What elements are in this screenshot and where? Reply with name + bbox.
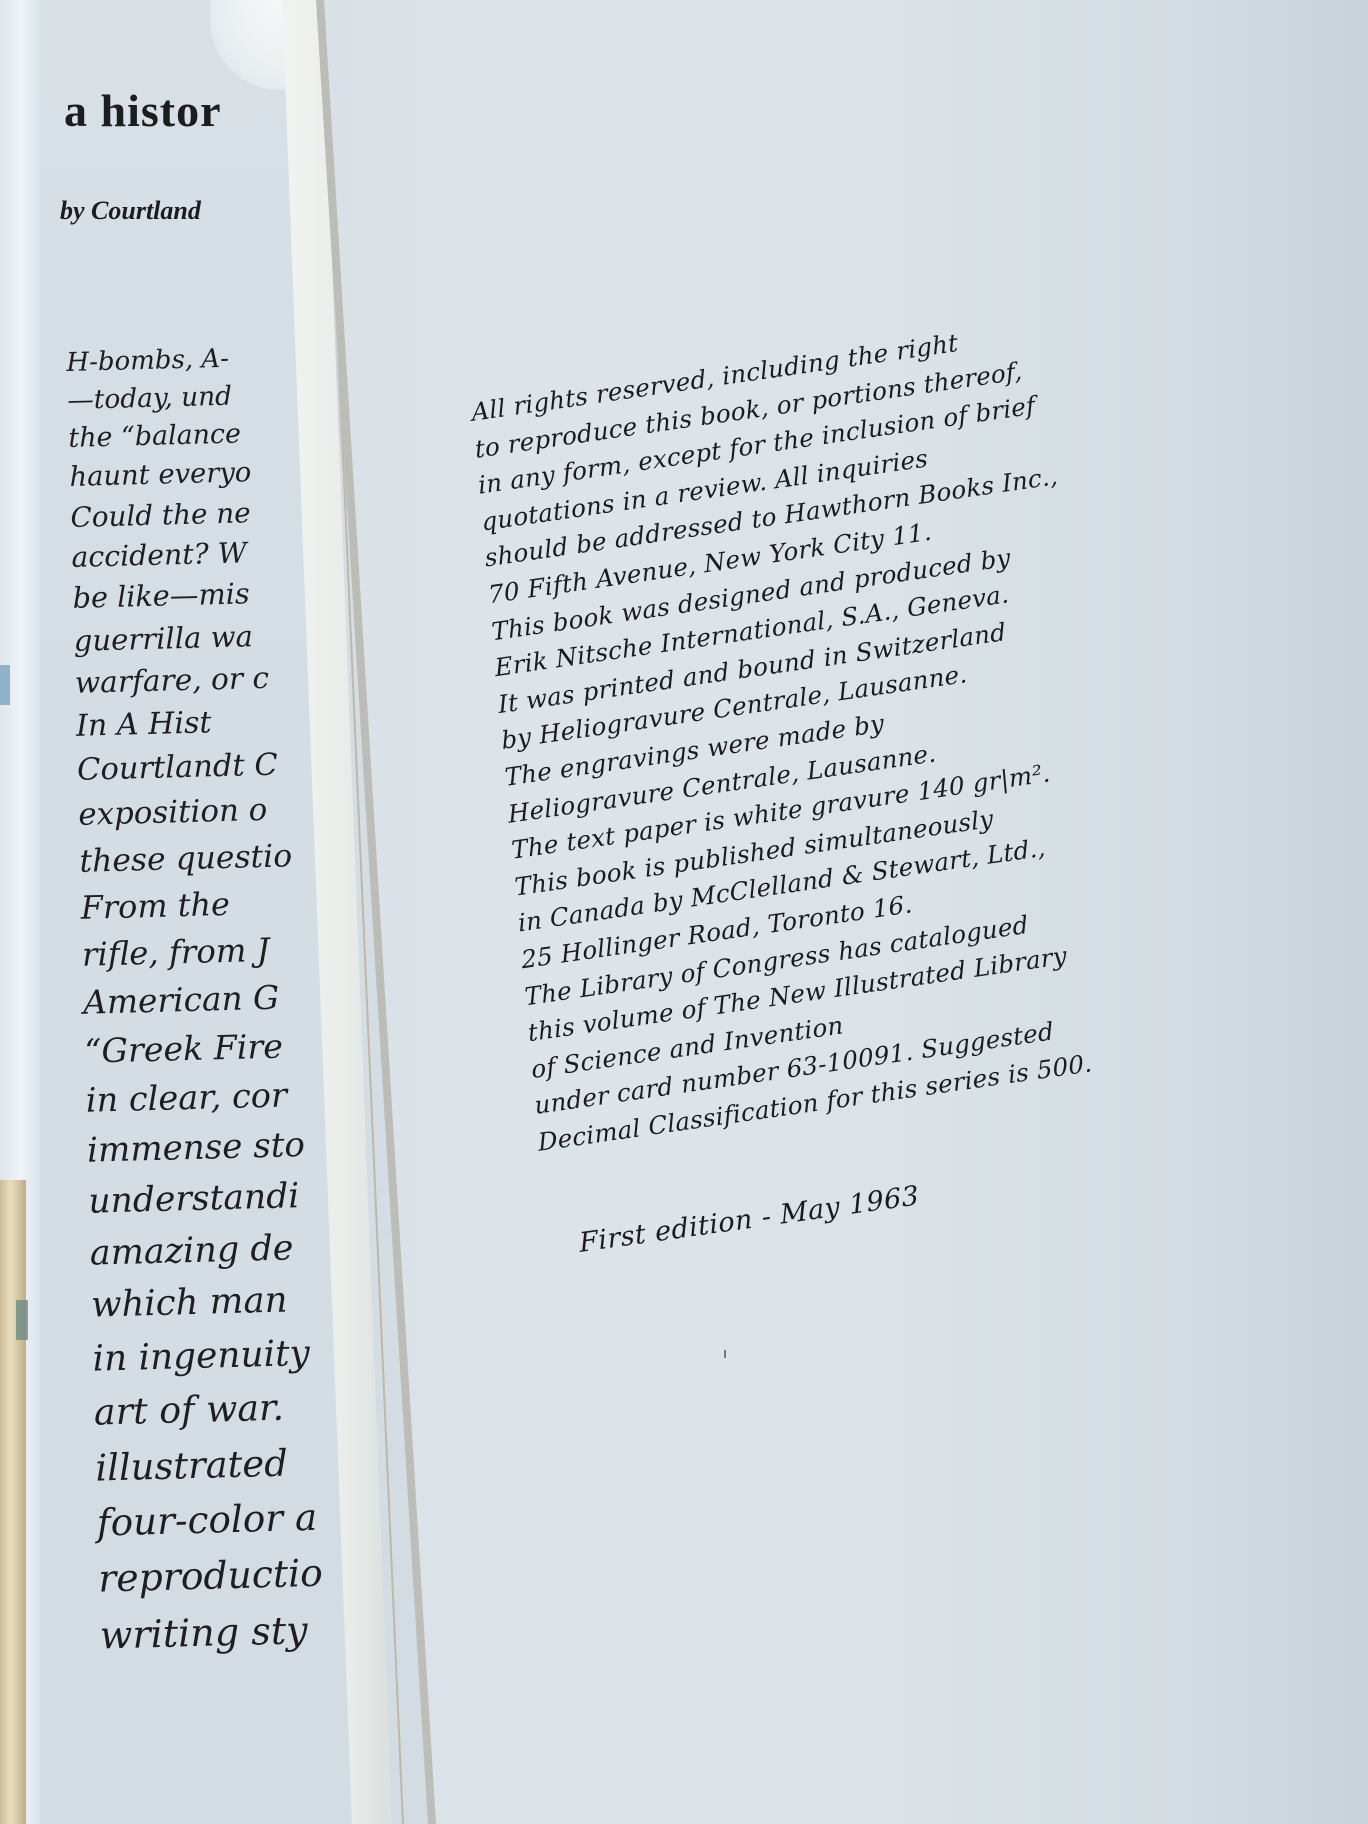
jacket-blurb-line: From the [80, 879, 306, 932]
jacket-blurb-line: art of war. [93, 1380, 319, 1440]
jacket-blurb: H-bombs, A-—today, undthe “balancehaunt … [66, 339, 325, 1665]
jacket-blurb-line: exposition o [78, 787, 304, 838]
jacket-blurb-line: the “balance [68, 414, 293, 458]
jacket-blurb-line: —today, und [67, 376, 292, 420]
jacket-blurb-line: warfare, or c [74, 656, 300, 705]
jacket-blurb-line: accident? W [71, 532, 297, 579]
gilt-edge [0, 1180, 26, 1824]
jacket-blurb-line: guerrilla wa [73, 614, 299, 662]
jacket-blurb-line: haunt everyo [69, 452, 294, 497]
copyright-notice: All rights reserved, including the right… [470, 312, 1113, 1161]
jacket-blurb-line: Could the ne [70, 492, 296, 538]
paper-speck [724, 1350, 726, 1358]
jacket-blurb-line: these questio [79, 833, 305, 885]
binding-mark [16, 1300, 28, 1340]
jacket-blurb-line: in clear, cor [85, 1070, 311, 1126]
jacket-blurb-line: understandi [88, 1171, 314, 1228]
jacket-blurb-line: Courtlandt C [77, 743, 303, 793]
jacket-blurb-line: in ingenuity [92, 1327, 318, 1386]
jacket-blurb-line: immense sto [86, 1120, 312, 1176]
jacket-title: a histor [64, 84, 222, 137]
jacket-blurb-line: H-bombs, A- [66, 339, 291, 382]
jacket-blurb-line: four-color a [96, 1489, 322, 1551]
jacket-blurb-line: In A Hist [75, 699, 301, 749]
jacket-blurb-line: rifle, from J [81, 925, 307, 978]
jacket-blurb-line: writing sty [99, 1602, 325, 1665]
jacket-blurb-line: illustrated [95, 1434, 321, 1495]
binding-mark [0, 665, 10, 705]
jacket-blurb-line: which man [90, 1274, 316, 1333]
jacket-blurb-line: be like—mis [72, 572, 298, 619]
jacket-blurb-line: “Greek Fire [84, 1021, 310, 1076]
jacket-byline: by Courtland [60, 196, 201, 226]
jacket-blurb-line: amazing de [89, 1222, 315, 1280]
jacket-blurb-line: reproductio [98, 1545, 324, 1607]
jacket-blurb-line: American G [83, 973, 309, 1027]
